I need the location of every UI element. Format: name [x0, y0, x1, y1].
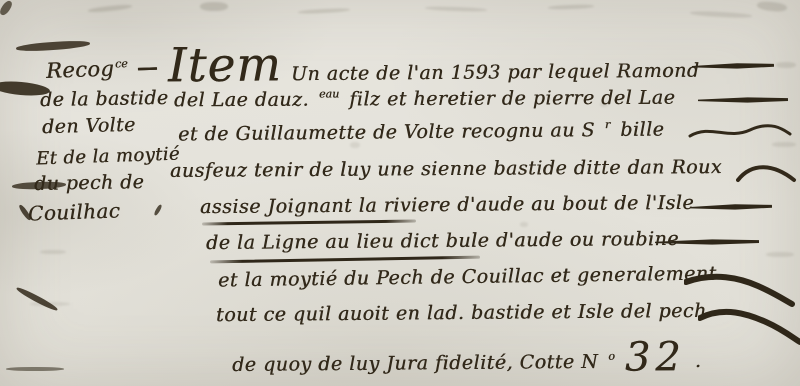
- margin-dash: —: [136, 54, 158, 80]
- bleedthrough-mark: [757, 0, 788, 12]
- superscript: o: [608, 350, 615, 363]
- bleedthrough-mark: [298, 8, 350, 15]
- margin-line: Et de la moytié: [36, 143, 181, 169]
- diagonal-pen-stroke: [15, 286, 58, 313]
- margin-line: Couilhac: [28, 198, 121, 225]
- body-line-3: et de Guillaumette de Volte recognu au S…: [178, 118, 665, 145]
- bleedthrough-mark: [548, 4, 594, 10]
- body-line-6: de la Ligne au lieu dict bule d'aude ou …: [206, 228, 679, 254]
- ink-smudge: [16, 39, 90, 52]
- line-text: filz et heretier de pierre del Lae: [349, 87, 675, 111]
- manuscript-photo: Recogce— de la bastide den Volte Et de l…: [0, 0, 800, 386]
- superscript: eau: [319, 87, 339, 100]
- pen-tail-flourish: [736, 156, 798, 188]
- margin-line: de la bastide: [40, 87, 169, 111]
- line-text: .: [695, 350, 702, 372]
- bleedthrough-mark: [40, 250, 66, 254]
- body-line-5: assise Joignant la riviere d'aude au bou…: [200, 192, 694, 218]
- ink-smudge: [6, 367, 64, 371]
- ink-comma-flourish: [153, 204, 162, 216]
- margin-recog-line: Recogce—: [46, 54, 159, 83]
- line-text: de quoy de luy Jura fidelité, Cotte N: [232, 351, 598, 376]
- body-line-4: ausfeuz tenir de luy une sienne bastide …: [170, 156, 722, 182]
- body-line-1: Item Un acte de l'an 1593 par lequel Ram…: [168, 38, 700, 90]
- body-line-2: del Lae dauz.eau filz et heretier de pie…: [174, 87, 675, 112]
- body-line-7: et la moytié du Pech de Couillac et gene…: [218, 263, 717, 292]
- corner-ink-tick: [0, 0, 14, 17]
- bleedthrough-mark: [776, 62, 796, 68]
- line-filler-dash: [690, 203, 772, 210]
- margin-recog-abbrev: Recog: [46, 57, 115, 83]
- cote-number: 32: [625, 337, 686, 378]
- bleedthrough-mark: [88, 4, 132, 14]
- line-text: bille: [620, 118, 664, 140]
- underline-stroke: [210, 256, 480, 264]
- line-filler-dash: [698, 97, 788, 104]
- line-text: Un acte de l'an 1593 par lequel Ramond: [291, 60, 700, 86]
- underline-stroke: [202, 220, 416, 226]
- pen-s-flourish: [698, 302, 800, 346]
- bleedthrough-mark: [520, 222, 528, 227]
- margin-line: du pech de: [34, 171, 145, 195]
- bleedthrough-mark: [766, 252, 794, 257]
- margin-recog-superscript: ce: [115, 57, 128, 70]
- margin-line: den Volte: [42, 114, 136, 138]
- bleedthrough-mark: [425, 6, 487, 12]
- line-text: et de Guillaumette de Volte recognu au S: [178, 119, 595, 145]
- body-line-8: tout ce quil auoit en lad. bastide et Is…: [216, 300, 707, 326]
- bleedthrough-mark: [200, 2, 228, 11]
- line-text: del Lae dauz.: [174, 89, 309, 112]
- pen-tail-flourish: [688, 120, 792, 146]
- line-filler-dash: [692, 62, 774, 69]
- item-heading: Item: [168, 41, 282, 89]
- superscript: r: [605, 118, 610, 131]
- body-line-9: de quoy de luy Jura fidelité, Cotte No 3…: [232, 334, 702, 378]
- bleedthrough-mark: [690, 10, 752, 18]
